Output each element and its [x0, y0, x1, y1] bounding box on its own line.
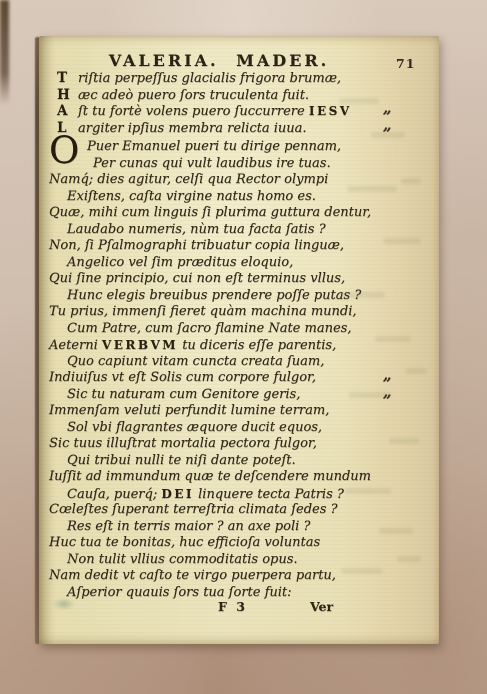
margin-quote-mark: „ [383, 117, 393, 134]
spaced-caps: IESV [309, 104, 352, 118]
margin-quote-mark: „ [383, 100, 393, 117]
binding-corner-shadow [0, 0, 9, 105]
verso-show-through [405, 368, 427, 374]
poem-line: Cœleſtes ſuperant terreſtria climata ſed… [43, 502, 395, 519]
poem-line: Namq́; dies agitur, celſi qua Rector oly… [43, 172, 395, 189]
gathering-signature: F 3 [218, 599, 245, 614]
poem-line: Sic tuus illuſtrat mortalia pectora fulg… [43, 436, 395, 453]
poem-line: Res eſt in terris maior ? an axe poli ? [43, 519, 395, 536]
poem-line: Quæ, mihi cum linguis ſi plurima guttura… [43, 205, 395, 222]
faint-ink-stamp [53, 598, 75, 610]
poem-line: Cauſa, puerq́; DEI linquere tecta Patris… [43, 486, 395, 503]
verso-show-through [349, 392, 391, 398]
spaced-caps: VERBVM [102, 338, 178, 352]
poem-line: Qui ſine principio, cui non eſt terminus… [43, 271, 395, 288]
poem-line: Sol vbi flagrantes æquore ducit equos, [43, 420, 395, 437]
verso-show-through [371, 132, 405, 138]
poem-line: Aſt tu fortè volens puero ſuccurrere IES… [43, 103, 395, 120]
spaced-caps: DEI [161, 487, 194, 501]
poem-line: Huc tua te bonitas, huc efficioſa volunt… [43, 535, 395, 552]
poem-line: Aeterni VERBVM tu diceris eſſe parentis, [43, 337, 395, 354]
verso-show-through [397, 556, 421, 562]
acrostic-initial: A [57, 103, 70, 120]
poem-line: Immenſam veluti perfundit lumine terram, [43, 403, 395, 420]
verso-show-through [383, 238, 421, 244]
page-number: 71 [396, 56, 415, 71]
scanned-book-photo: VALERIA. MADER. 71 O Triſtia perpeſſus g… [0, 0, 487, 694]
poem-line: Puer Emanuel pueri tu dirige pennam, [43, 139, 395, 156]
poem-line: Cum Patre, cum ſacro flamine Nate manes, [43, 321, 395, 338]
running-head: VALERIA. MADER. [43, 51, 395, 70]
book-page: VALERIA. MADER. 71 O Triſtia perpeſſus g… [39, 36, 439, 644]
verso-show-through [401, 178, 421, 184]
verso-show-through [375, 336, 411, 342]
acrostic-initial: L [57, 120, 70, 137]
poem-line: Non, ſi Pſalmographi tribuatur copia lin… [43, 238, 395, 255]
poem-line: Iuſſit ad immundum quæ te deſcendere mun… [43, 469, 395, 486]
verso-show-through [339, 98, 379, 104]
acrostic-initial: H [57, 87, 70, 104]
verso-show-through [339, 292, 385, 298]
footer-line: F 3 Ver [39, 599, 391, 615]
poem-line: Qui tribui nulli te niſi dante poteſt. [43, 453, 395, 470]
verso-show-through [345, 488, 391, 494]
poem-line: Indiuiſus vt eſt Solis cum corpore fulgo… [43, 370, 395, 387]
poem-line: Largiter ipſius membra relicta iuua.„ [43, 120, 395, 137]
catchword: Ver [310, 599, 333, 614]
margin-quote-mark: „ [383, 367, 393, 384]
verso-show-through [347, 186, 397, 192]
poem-line: Exiſtens, caſta virgine natus homo es. [43, 189, 395, 206]
poem-line: Non tulit vllius commoditatis opus. [43, 552, 395, 569]
poem-line: Tu prius, immenſi fieret quàm machina mu… [43, 304, 395, 321]
verso-show-through [379, 528, 413, 534]
poem-line: Laudabo numeris, nùm tua facta ſatis ? [43, 222, 395, 239]
poem-line: Quo capiunt vitam cuncta creata ſuam, [43, 354, 395, 371]
poem-line: Per cunas qui vult laudibus ire tuas. [43, 156, 395, 173]
poem-line: Angelico vel ſim præditus eloquio, [43, 255, 395, 272]
poem-line: Sic tu naturam cum Genitore geris,„ [43, 387, 395, 404]
verso-show-through [389, 438, 419, 444]
acrostic-initial: T [57, 70, 70, 87]
poem: Triſtia perpeſſus glacialis frigora brum… [43, 70, 395, 601]
poem-line: Triſtia perpeſſus glacialis frigora brum… [43, 70, 395, 87]
verso-show-through [341, 568, 383, 574]
